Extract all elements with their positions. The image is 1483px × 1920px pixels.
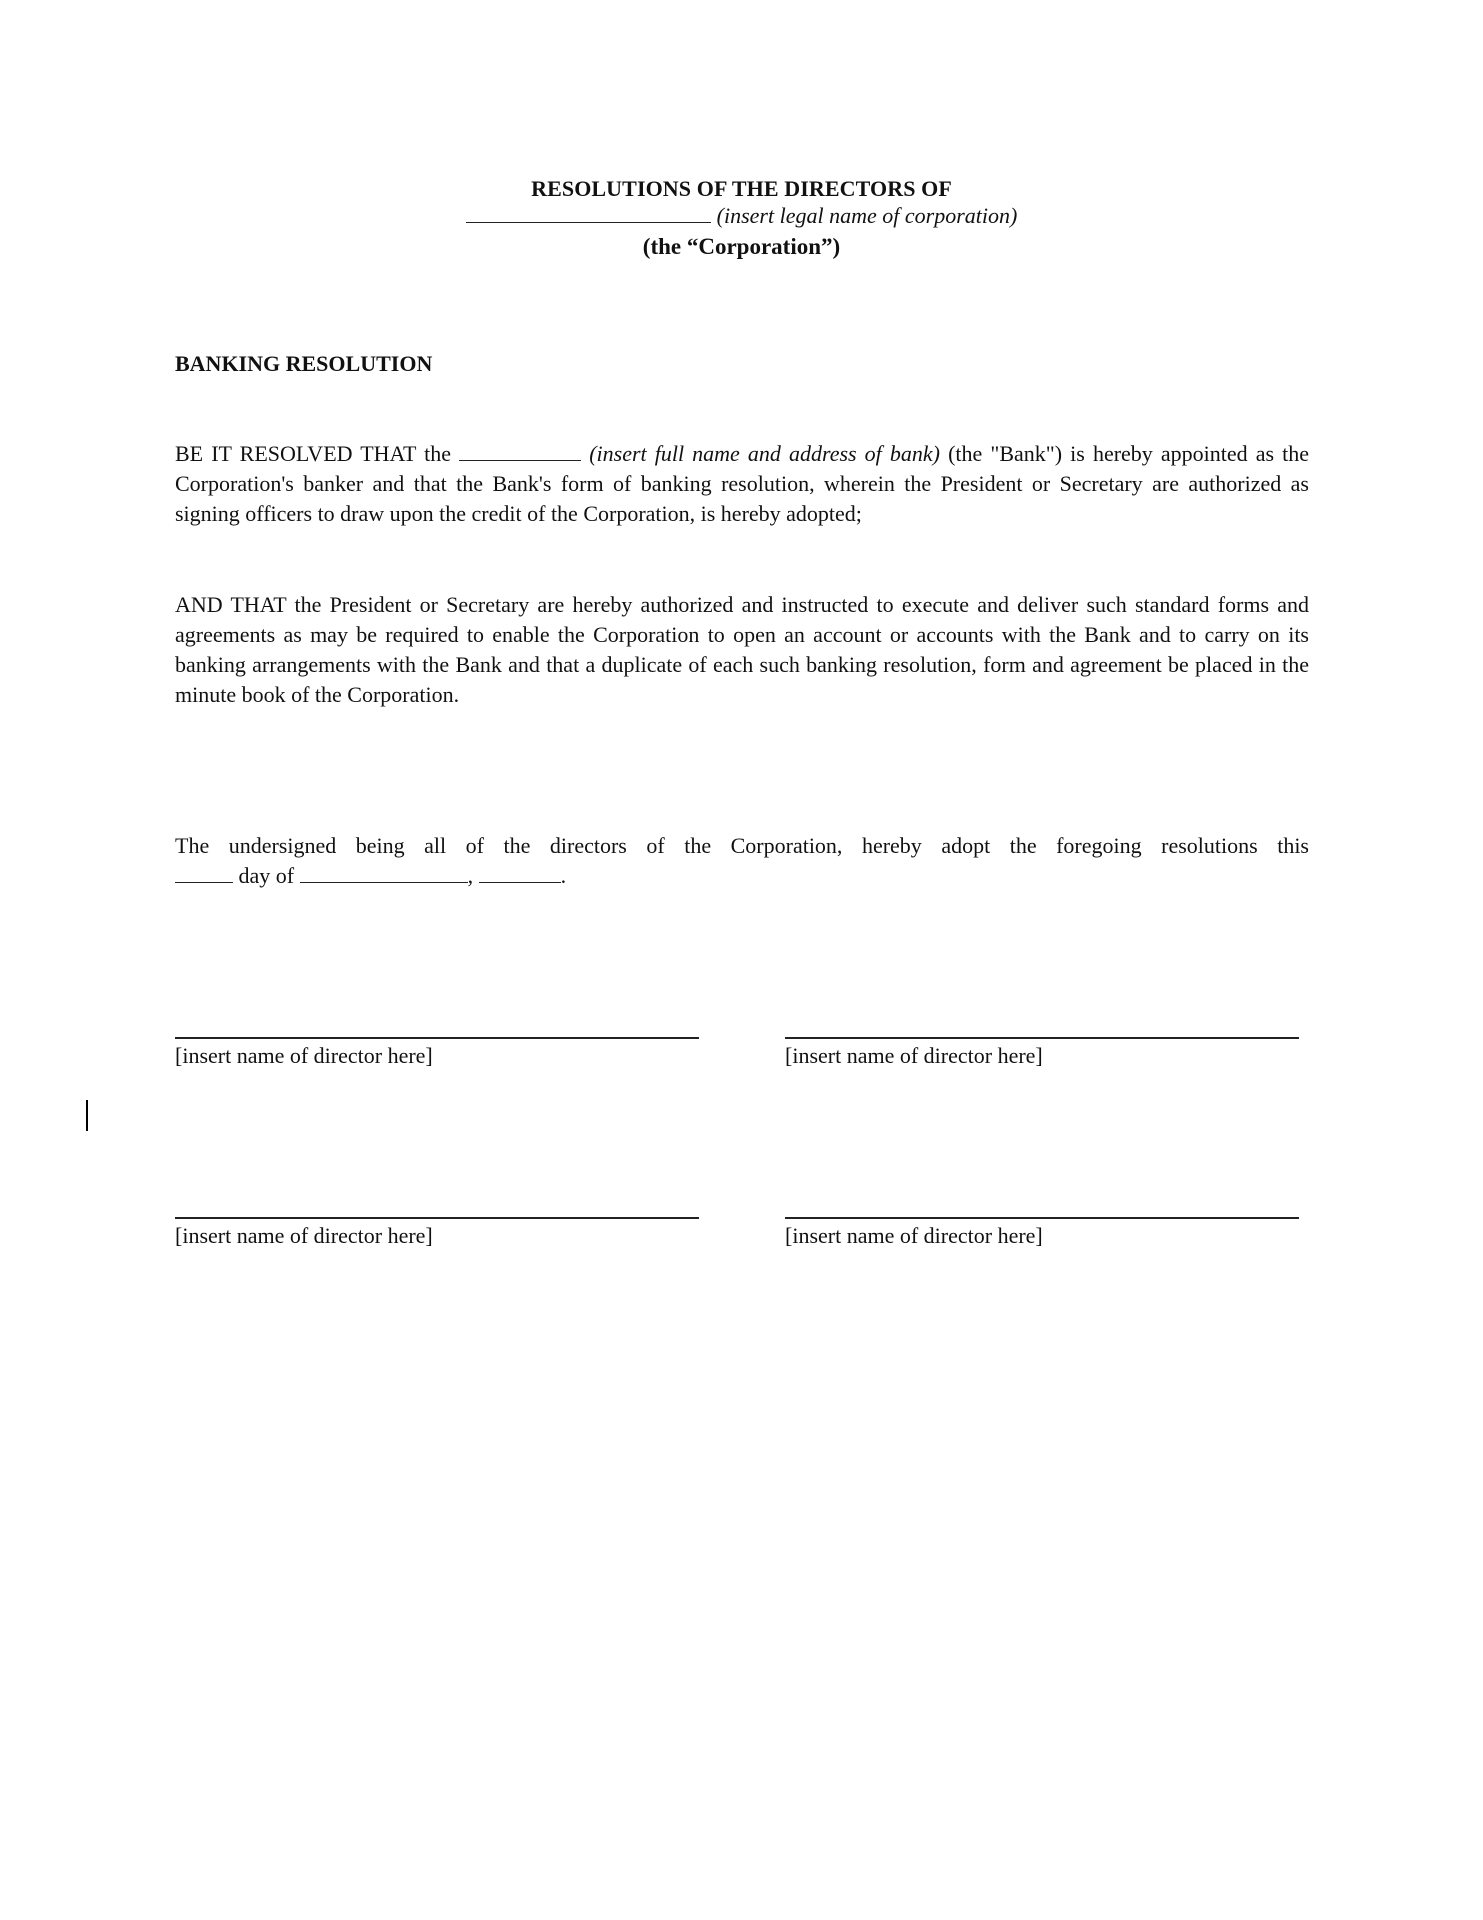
adoption-text: The undersigned being all of the directo…	[175, 831, 1309, 861]
text-cursor	[86, 1100, 88, 1131]
resolution-paragraph-2: AND THAT the President or Secretary are …	[175, 590, 1309, 710]
director-name-1: [insert name of director here]	[175, 1043, 433, 1069]
bank-name-blank[interactable]	[459, 444, 581, 461]
date-comma: ,	[468, 863, 474, 888]
month-blank[interactable]	[300, 866, 468, 883]
adoption-date-line: day of , .	[175, 861, 1309, 891]
corporation-label: (the “Corporation”)	[0, 234, 1483, 260]
director-name-3: [insert name of director here]	[175, 1223, 433, 1249]
section-heading: BANKING RESOLUTION	[175, 351, 432, 377]
signature-line-3[interactable]	[175, 1217, 699, 1219]
corporation-name-placeholder: (insert legal name of corporation)	[717, 203, 1018, 228]
director-name-4: [insert name of director here]	[785, 1223, 1043, 1249]
signature-line-1[interactable]	[175, 1037, 699, 1039]
day-blank[interactable]	[175, 866, 233, 883]
signature-line-2[interactable]	[785, 1037, 1299, 1039]
director-name-2: [insert name of director here]	[785, 1043, 1043, 1069]
bank-name-placeholder: (insert full name and address of bank)	[589, 441, 940, 466]
adoption-paragraph: The undersigned being all of the directo…	[175, 831, 1309, 891]
corporation-name-line: (insert legal name of corporation)	[0, 203, 1483, 229]
resolution-paragraph-1: BE IT RESOLVED THAT the (insert full nam…	[175, 439, 1309, 529]
day-of-label: day of	[239, 863, 295, 888]
year-blank[interactable]	[479, 866, 561, 883]
document-title: RESOLUTIONS OF THE DIRECTORS OF	[0, 176, 1483, 202]
corporation-name-blank[interactable]	[466, 204, 711, 223]
signature-line-4[interactable]	[785, 1217, 1299, 1219]
paragraph-1-lead: BE IT RESOLVED THAT the	[175, 441, 451, 466]
date-period: .	[561, 863, 567, 888]
